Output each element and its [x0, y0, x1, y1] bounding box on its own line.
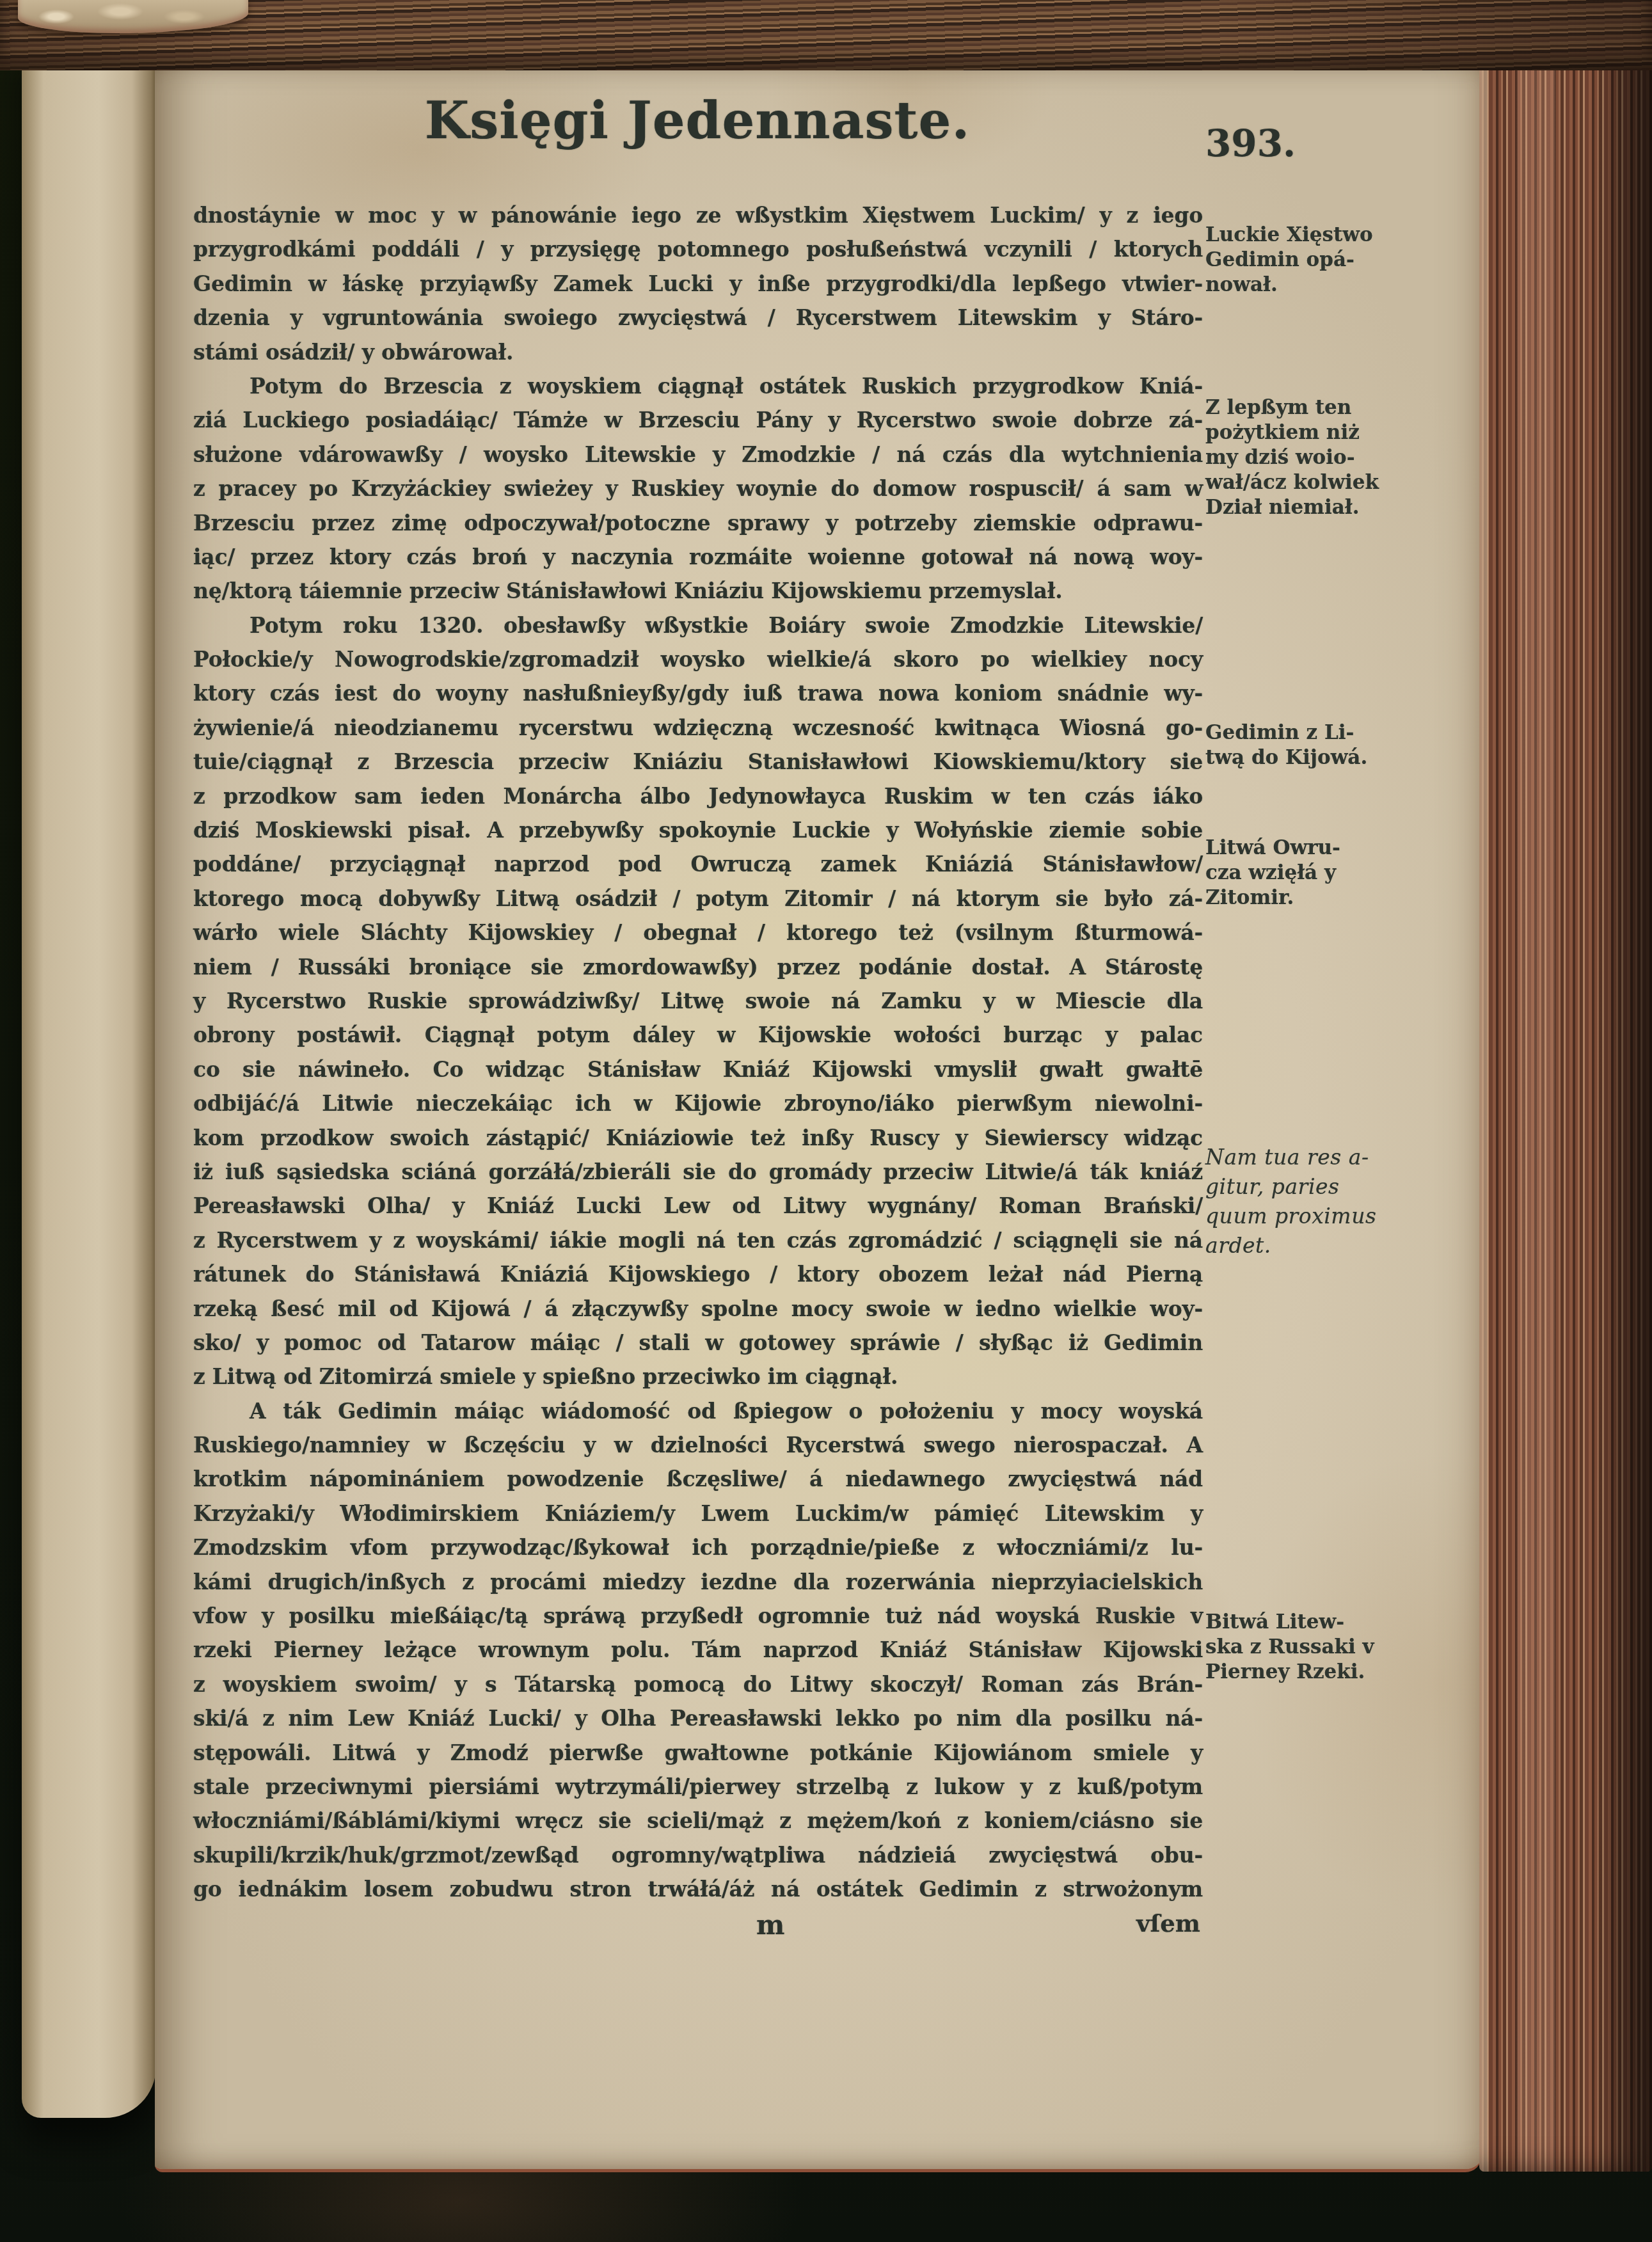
body-text-line: rátunek do Stánisławá Kniáziá Kijowskieg… — [193, 1257, 1203, 1291]
body-text-line: kom przodkow swoich zástąpić/ Kniáziowie… — [193, 1121, 1203, 1155]
margin-note-line: Luckie Xięstwo — [1205, 223, 1481, 248]
margin-note-line: ardet. — [1205, 1231, 1481, 1260]
body-text-line: vfow y posilku mießáiąc/tą spráwą przyße… — [193, 1599, 1203, 1633]
previous-page-gutter — [22, 42, 156, 2118]
body-text-line: żywienie/á nieodzianemu rycerstwu wdzięc… — [193, 711, 1203, 745]
book-scan-photo: Księgi Jedennaste. 393. dnostáynie w moc… — [0, 0, 1652, 2242]
margin-note: Bitwá Litew-ska z Russaki vPierney Rzeki… — [1205, 1610, 1481, 1685]
body-text-line: Pereasławski Olha/ y Kniáź Lucki Lew od … — [193, 1189, 1203, 1223]
margin-note-line: ska z Russaki v — [1205, 1635, 1481, 1660]
margin-note-line: Dział niemiał. — [1205, 495, 1481, 520]
body-text-line: Zmodzskim vfom przywodząc/ßykował ich po… — [193, 1530, 1203, 1564]
margin-note-line: twą do Kijowá. — [1205, 745, 1481, 770]
body-text-line: niem / Russáki broniące sie zmordowawßy)… — [193, 950, 1203, 984]
body-text-line: poddáne/ przyciągnął naprzod pod Owruczą… — [193, 847, 1203, 881]
fore-edge-page-stack — [1479, 36, 1652, 2172]
body-text-line: ski/á z nim Lew Kniáź Lucki/ y Olha Pere… — [193, 1701, 1203, 1735]
body-text-line: ktory czás iest do woyny nasłußnieyßy/gd… — [193, 676, 1203, 710]
margin-note: Nam tua res a-gitur, pariesquum proximus… — [1205, 1143, 1481, 1260]
body-text-line: y Rycerstwo Ruskie sprowádziwßy/ Litwę s… — [193, 984, 1203, 1018]
margin-note-line: pożytkiem niż — [1205, 420, 1481, 445]
body-text-line: kámi drugich/inßych z procámi miedzy iez… — [193, 1565, 1203, 1599]
body-text-line: przygrodkámi poddáli / y przysięgę potom… — [193, 232, 1203, 266]
margin-note-line: Nam tua res a- — [1205, 1143, 1481, 1172]
body-text-line: nę/ktorą táiemnie przeciw Stánisławłowi … — [193, 574, 1203, 608]
body-text-line: krotkim nápominániem powodzenie ßczęsliw… — [193, 1462, 1203, 1496]
body-text-line: z woyskiem swoim/ y s Tátarską pomocą do… — [193, 1667, 1203, 1701]
body-text-line: Potym do Brzescia z woyskiem ciągnął ost… — [193, 369, 1203, 403]
margin-note-line: Z lepßym ten — [1205, 395, 1481, 420]
margin-note-line: Pierney Rzeki. — [1205, 1660, 1481, 1685]
body-text-line: z Rycerstwem y z woyskámi/ iákie mogli n… — [193, 1223, 1203, 1257]
body-text-line: Ruskiego/namniey w ßczęściu y w dzielnoś… — [193, 1428, 1203, 1462]
margin-note-line: Gedimin opá- — [1205, 248, 1481, 273]
margin-note-line: Zitomir. — [1205, 886, 1481, 910]
margin-note: Gedimin z Li-twą do Kijowá. — [1205, 720, 1481, 770]
body-text-line: z Litwą od Zitomirzá smiele y spießno pr… — [193, 1360, 1203, 1394]
body-text-line: włoczniámi/ßáblámi/kiymi wręcz sie sciel… — [193, 1804, 1203, 1838]
margin-note: Luckie XięstwoGedimin opá-nował. — [1205, 223, 1481, 298]
margin-note: Litwá Owru-cza wzięłá yZitomir. — [1205, 836, 1481, 910]
body-text-line: z przodkow sam ieden Monárcha álbo Jedyn… — [193, 779, 1203, 813]
margin-note-line: cza wzięłá y — [1205, 861, 1481, 886]
catchword: vſem — [1136, 1909, 1200, 1937]
body-text-line: z pracey po Krzyżáckiey swieżey y Ruskie… — [193, 472, 1203, 505]
margin-note-line: quum proximus — [1205, 1202, 1481, 1231]
body-text-line: stale przeciwnymi piersiámi wytrzymáli/p… — [193, 1770, 1203, 1804]
margin-note-line: my dziś woio- — [1205, 445, 1481, 470]
body-text-column: dnostáynie w moc y w pánowánie iego ze w… — [193, 198, 1203, 1907]
body-text-line: Krzyżaki/y Włodimirskiem Kniáziem/y Lwem… — [193, 1497, 1203, 1530]
margin-note-line: Gedimin z Li- — [1205, 720, 1481, 745]
body-text-line: dziś Moskiewski pisał. A przebywßy spoko… — [193, 813, 1203, 847]
body-text-line: Potym roku 1320. obesławßy wßystkie Boiá… — [193, 608, 1203, 642]
body-text-line: ktorego mocą dobywßy Litwą osádził / pot… — [193, 882, 1203, 916]
body-text-line: skupili/krzik/huk/grzmot/zewßąd ogromny/… — [193, 1838, 1203, 1872]
body-text-line: rzeką ßesć mil od Kijowá / á złączywßy s… — [193, 1292, 1203, 1326]
body-text-line: dnostáynie w moc y w pánowánie iego ze w… — [193, 198, 1203, 232]
body-text-line: stámi osádził/ y obwárował. — [193, 335, 1203, 369]
body-text-line: wárło wiele Sláchty Kijowskiey / obegnał… — [193, 916, 1203, 950]
body-text-line: służone vdárowawßy / woysko Litewskie y … — [193, 438, 1203, 472]
signature-mark: m — [756, 1909, 784, 1941]
body-text-line: rzeki Pierney leżące wrownym polu. Tám n… — [193, 1633, 1203, 1667]
margin-note: Z lepßym tenpożytkiem niżmy dziś woio-wa… — [1205, 395, 1481, 520]
page-footer: m vſem — [193, 1909, 1203, 1949]
book-top-edge-pages — [0, 0, 1652, 70]
body-text-line: Brzesciu przez zimę odpoczywał/potoczne … — [193, 506, 1203, 540]
body-text-line: tuie/ciągnął z Brzescia przeciw Kniáziu … — [193, 745, 1203, 779]
margin-note-line: Bitwá Litew- — [1205, 1610, 1481, 1635]
headband — [18, 0, 248, 33]
body-text-line: sko/ y pomoc od Tatarow máiąc / stali w … — [193, 1326, 1203, 1360]
body-text-line: go iednákim losem zobudwu stron trwáłá/á… — [193, 1872, 1203, 1906]
margin-note-line: nował. — [1205, 273, 1481, 298]
body-text-line: iąc/ przez ktory czás broń y naczynia ro… — [193, 540, 1203, 574]
body-text-line: ziá Luckiego posiadáiąc/ Támże w Brzesci… — [193, 403, 1203, 437]
body-text-line: stępowáli. Litwá y Zmodź pierwße gwałtow… — [193, 1736, 1203, 1770]
body-text-line: Gedimin w łáskę przyiąwßy Zamek Lucki y … — [193, 267, 1203, 301]
body-text-line: Połockie/y Nowogrodskie/zgromadził woysk… — [193, 642, 1203, 676]
running-header-title: Księgi Jedennaste. — [301, 95, 1094, 146]
margin-note-line: Litwá Owru- — [1205, 836, 1481, 861]
body-text-line: obrony postáwił. Ciągnął potym dáley w K… — [193, 1018, 1203, 1052]
body-text-line: iż iuß sąsiedska sciáná gorzáłá/zbieráli… — [193, 1155, 1203, 1189]
margin-note-line: gitur, paries — [1205, 1172, 1481, 1202]
body-text-line: co sie náwineło. Co widząc Stánisław Kni… — [193, 1053, 1203, 1086]
body-text-line: odbijáć/á Litwie nieczekáiąc ich w Kijow… — [193, 1086, 1203, 1120]
page-number: 393. — [1205, 122, 1296, 165]
body-text-line: dzenia y vgruntowánia swoiego zwycięstwá… — [193, 301, 1203, 335]
body-text-line: A ták Gedimin máiąc wiádomość od ßpiegow… — [193, 1394, 1203, 1428]
margin-note-line: wał/ácz kolwiek — [1205, 470, 1481, 495]
